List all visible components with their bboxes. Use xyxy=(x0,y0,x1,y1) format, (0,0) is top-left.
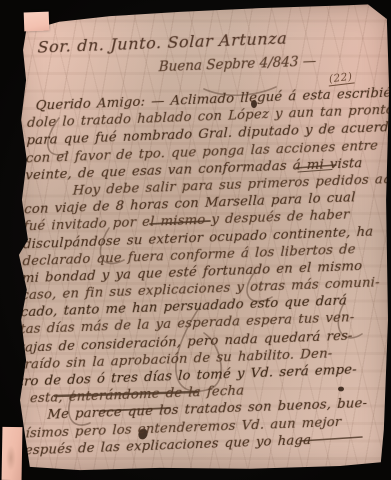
dateline: Buena Sepbre 4/843 — xyxy=(158,54,316,76)
addressee-line: Sor. dn. Junto. Solar Artunza xyxy=(37,25,375,56)
photo-background: Sor. dn. Junto. Solar Artunza Buena Sepb… xyxy=(0,0,391,480)
dateline-row: Buena Sepbre 4/843 — xyxy=(28,51,374,82)
letter-text: Sor. dn. Junto. Solar Artunza Buena Sepb… xyxy=(16,23,376,459)
tape-patch-bottom-left xyxy=(2,427,23,480)
letter-paper: Sor. dn. Junto. Solar Artunza Buena Sepb… xyxy=(14,3,391,473)
tape-patch-top-left xyxy=(24,12,50,32)
letter-body: Querido Amigo: — Aclimado llegué á esta … xyxy=(16,85,374,459)
